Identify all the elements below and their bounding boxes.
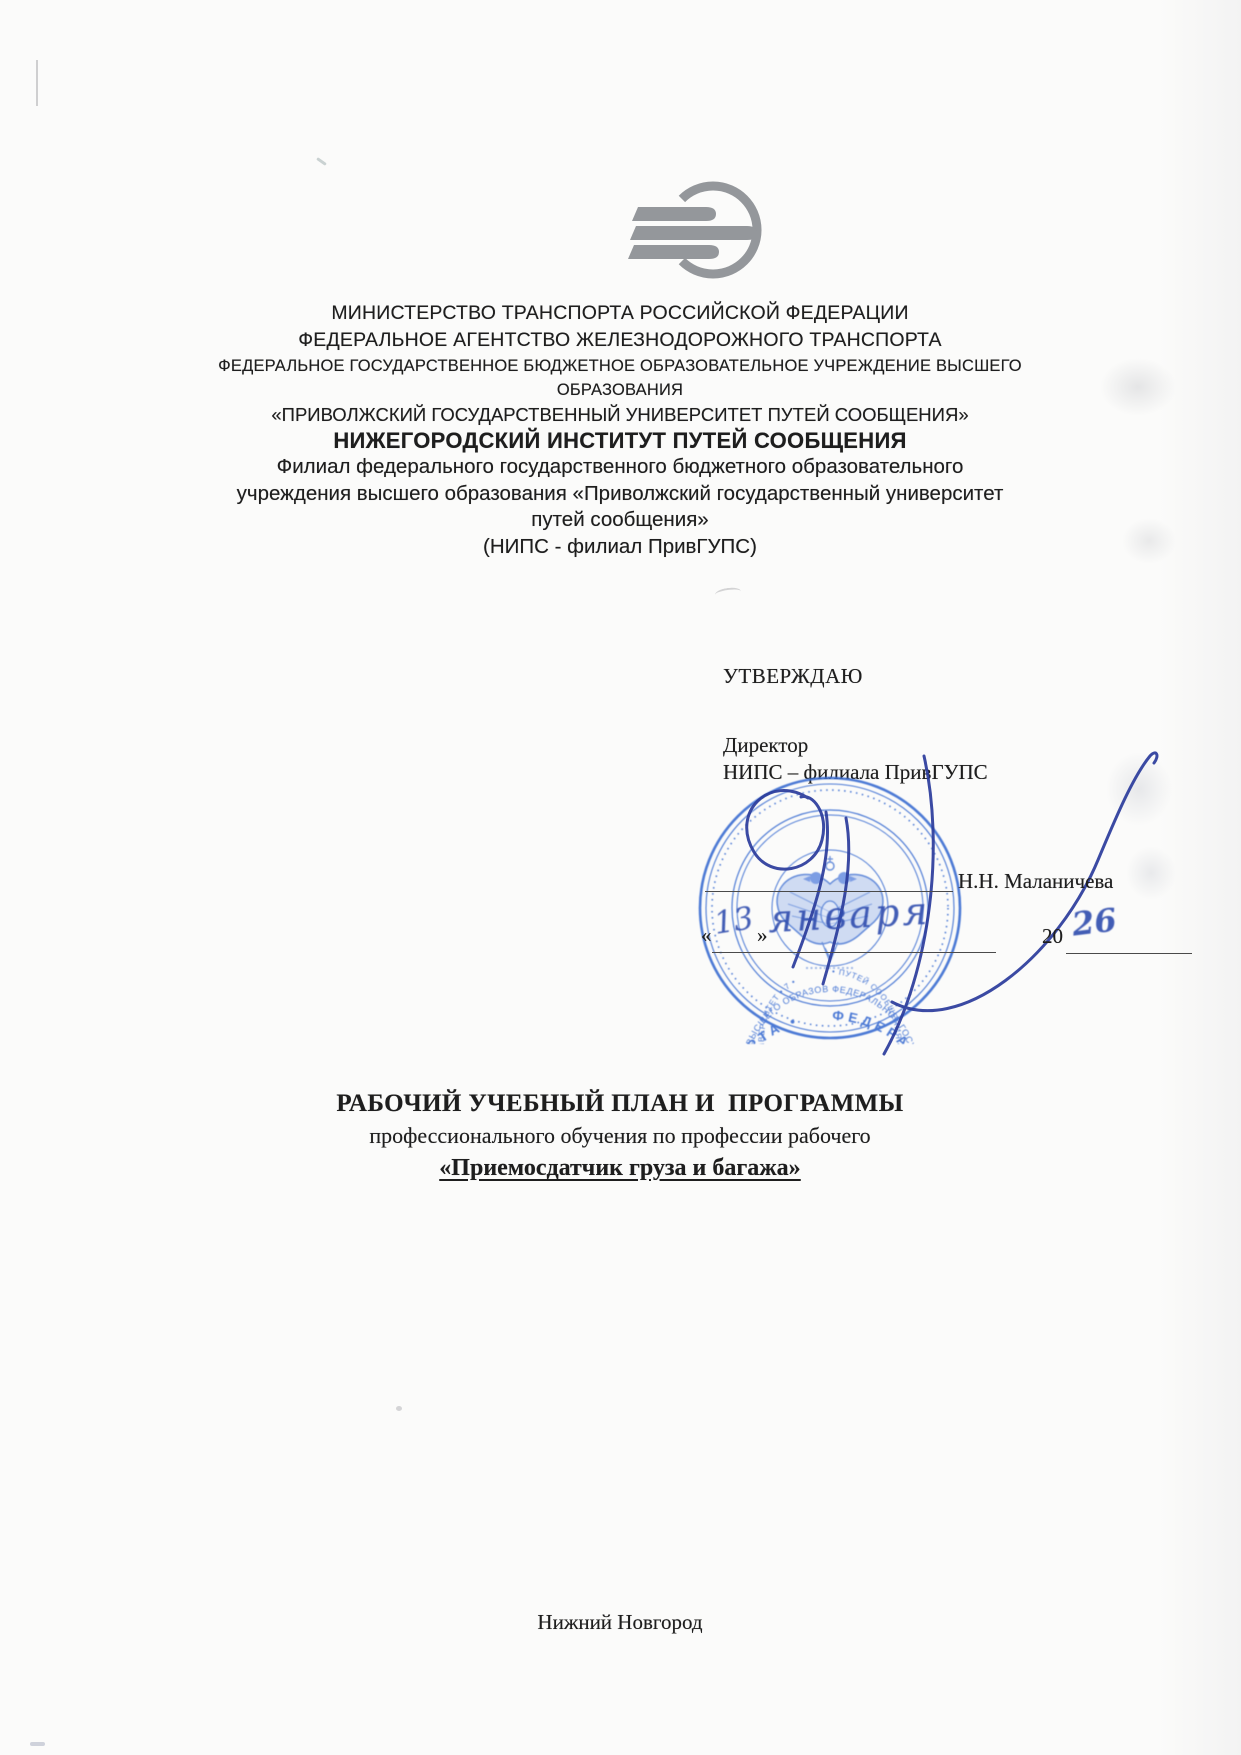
handwritten-year: 26 — [1070, 900, 1119, 943]
fgbou-line-2: ОБРАЗОВАНИЯ — [12, 378, 1228, 402]
profession-name: «Приемосдатчик груза и багажа» — [12, 1151, 1228, 1185]
date-line — [712, 952, 996, 953]
year-prefix: 20 — [1042, 924, 1063, 949]
university-line: «ПРИВОЛЖСКИЙ ГОСУДАРСТВЕННЫЙ УНИВЕРСИТЕТ… — [12, 402, 1228, 427]
abbreviation-line: (НИПС - филиал ПривГУПС) — [12, 534, 1228, 561]
railway-agency-emblem-icon — [560, 163, 770, 288]
handwritten-month: января — [767, 889, 932, 941]
fgbou-line-1: ФЕДЕРАЛЬНОЕ ГОСУДАРСТВЕННОЕ БЮДЖЕТНОЕ ОБ… — [12, 354, 1228, 378]
document-subtitle: профессионального обучения по профессии … — [12, 1120, 1228, 1151]
scanned-document-page: { "org_header": { "ministry": "МИНИСТЕРС… — [0, 0, 1241, 1755]
scan-speck — [714, 586, 741, 600]
branch-line-1: Филиал федерального государственного бюд… — [12, 454, 1228, 481]
institute-line: НИЖЕГОРОДСКИЙ ИНСТИТУТ ПУТЕЙ СООБЩЕНИЯ — [12, 427, 1228, 454]
date-quote-close: » — [757, 923, 768, 948]
org-header: МИНИСТЕРСТВО ТРАНСПОРТА РОССИЙСКОЙ ФЕДЕР… — [12, 300, 1228, 560]
ministry-line: МИНИСТЕРСТВО ТРАНСПОРТА РОССИЙСКОЙ ФЕДЕР… — [12, 300, 1228, 327]
document-title: РАБОЧИЙ УЧЕБНЫЙ ПЛАН И ПРОГРАММЫ — [12, 1088, 1228, 1120]
branch-line-2: учреждения высшего образования «Приволжс… — [12, 481, 1228, 508]
railway-agency-emblem — [560, 163, 770, 288]
date-quote-open: « — [701, 923, 712, 948]
title-block: РАБОЧИЙ УЧЕБНЫЙ ПЛАН И ПРОГРАММЫ професс… — [12, 1088, 1228, 1185]
signer-name: Н.Н. Маланичева — [958, 869, 1113, 894]
scan-edge-shading — [1158, 0, 1241, 1755]
scan-edge-line — [36, 60, 38, 106]
branch-line-3: путей сообщения» — [12, 507, 1228, 534]
scan-speck — [30, 1742, 45, 1746]
year-line — [1066, 953, 1192, 954]
handwritten-day: 13 — [711, 900, 756, 942]
footer-city: Нижний Новгород — [12, 1610, 1228, 1635]
scan-speck — [396, 1406, 402, 1411]
scan-speck — [316, 157, 327, 166]
agency-line: ФЕДЕРАЛЬНОЕ АГЕНТСТВО ЖЕЛЕЗНОДОРОЖНОГО Т… — [12, 327, 1228, 354]
